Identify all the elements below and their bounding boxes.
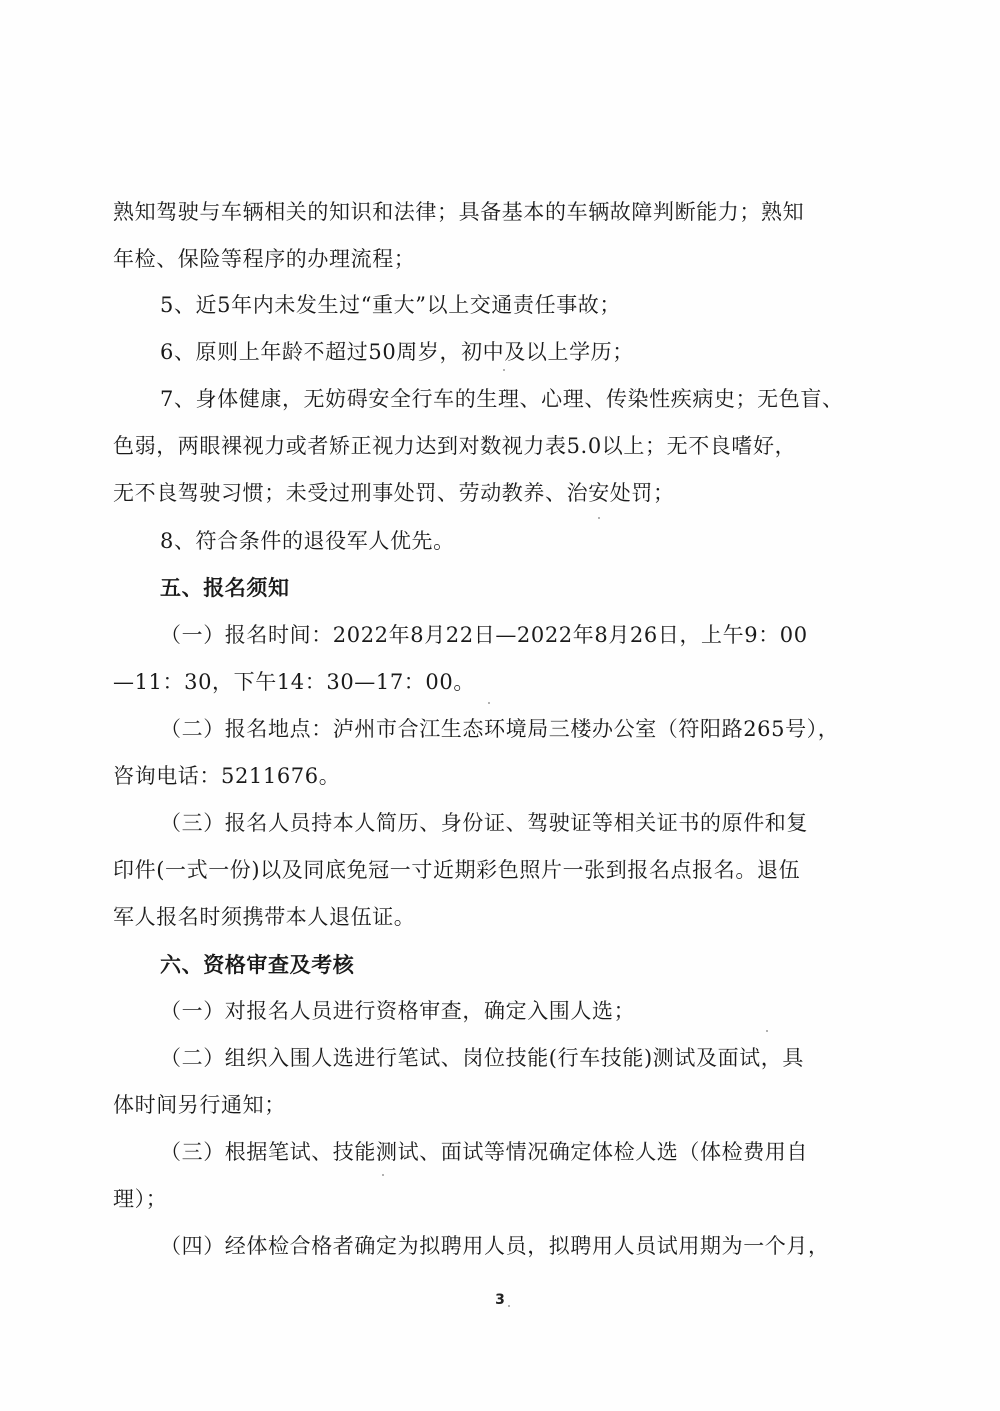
section-heading: 六、资格审查及考核 xyxy=(160,951,354,979)
scan-speck xyxy=(508,1305,510,1307)
paragraph-line: （三）根据笔试、技能测试、面试等情况确定体检人选（体检费用自 xyxy=(160,1138,808,1166)
paragraph-line: 军人报名时须携带本人退伍证。 xyxy=(113,903,415,931)
paragraph-line: 5、近5年内未发生过“重大”以上交通责任事故； xyxy=(160,291,621,319)
paragraph-line: 咨询电话：5211676。 xyxy=(113,762,340,790)
paragraph-line: （二）报名地点：泸州市合江生态环境局三楼办公室（符阳路265号）， xyxy=(160,715,839,743)
paragraph-line: （一）对报名人员进行资格审查，确定入围人选； xyxy=(160,997,635,1025)
paragraph-line: —11：30，下午14：30—17：00。 xyxy=(113,668,475,696)
paragraph-line: 印件(一式一份)以及同底免冠一寸近期彩色照片一张到报名点报名。退伍 xyxy=(113,856,800,884)
paragraph-line: 熟知驾驶与车辆相关的知识和法律；具备基本的车辆故障判断能力；熟知 xyxy=(113,198,804,226)
scan-speck xyxy=(598,517,600,519)
paragraph-line: 8、符合条件的退役军人优先。 xyxy=(160,527,455,555)
scan-speck xyxy=(382,1174,384,1176)
paragraph-line: 无不良驾驶习惯；未受过刑事处罚、劳动教养、治安处罚； xyxy=(113,479,675,507)
paragraph-line: 色弱，两眼裸视力或者矫正视力达到对数视力表5.0以上；无不良嗜好， xyxy=(113,432,796,460)
paragraph-line: 体时间另行通知； xyxy=(113,1091,286,1119)
scan-speck xyxy=(766,1030,768,1032)
paragraph-line: （二）组织入围人选进行笔试、岗位技能(行车技能)测试及面试，具 xyxy=(160,1044,804,1072)
paragraph-line: （三）报名人员持本人简历、身份证、驾驶证等相关证书的原件和复 xyxy=(160,809,808,837)
paragraph-line: 6、原则上年龄不超过50周岁，初中及以上学历； xyxy=(160,338,634,366)
page-number: 3 xyxy=(0,1292,1000,1308)
section-heading: 五、报名须知 xyxy=(160,574,290,602)
paragraph-line: 理）； xyxy=(113,1185,167,1213)
paragraph-line: （四）经体检合格者确定为拟聘用人员，拟聘用人员试用期为一个月， xyxy=(160,1232,830,1260)
document-page: 熟知驾驶与车辆相关的知识和法律；具备基本的车辆故障判断能力；熟知年检、保险等程序… xyxy=(0,0,1000,1411)
paragraph-line: （一）报名时间：2022年8月22日—2022年8月26日，上午9：00 xyxy=(160,621,808,649)
paragraph-line: 7、身体健康，无妨碍安全行车的生理、心理、传染性疾病史；无色盲、 xyxy=(160,385,844,413)
scan-speck xyxy=(503,369,505,371)
scan-speck xyxy=(488,702,490,704)
paragraph-line: 年检、保险等程序的办理流程； xyxy=(113,245,415,273)
